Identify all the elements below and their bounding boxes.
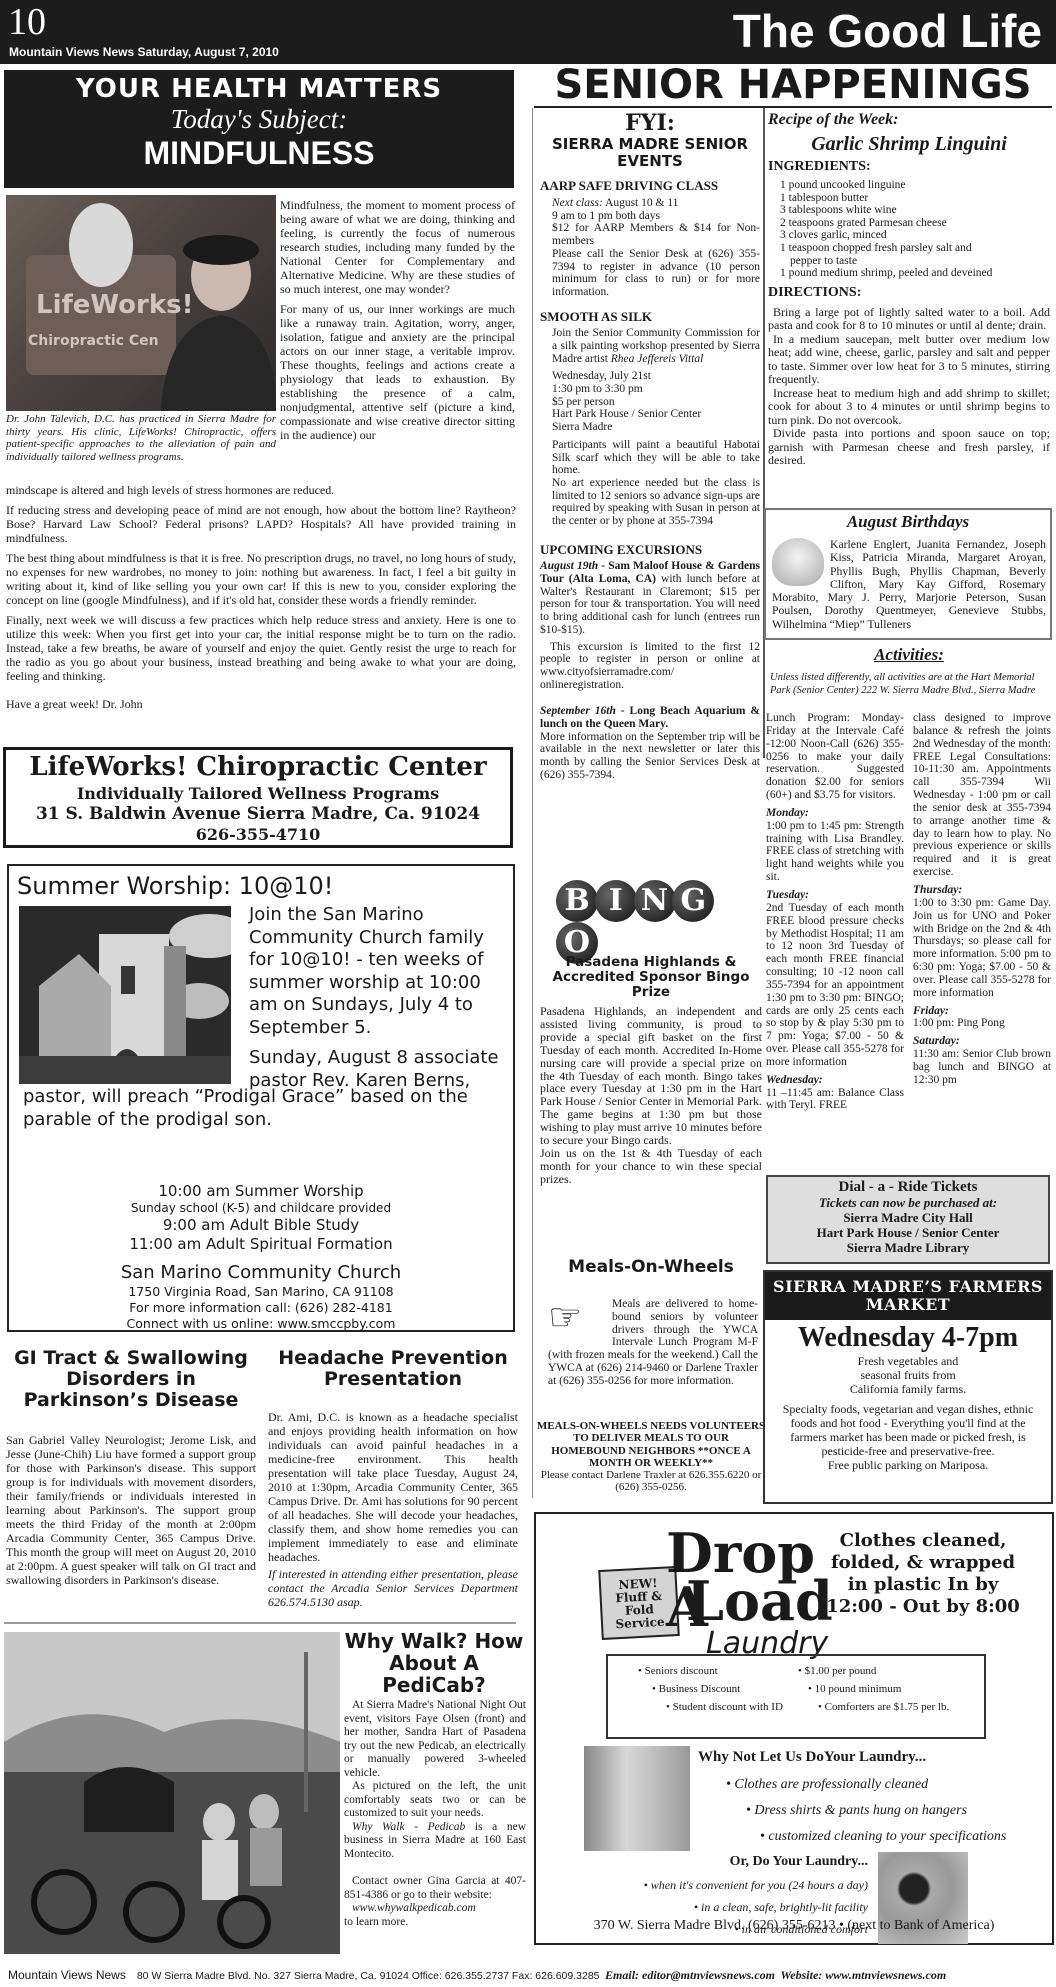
meals-on-wheels-body: ☞ Meals are delivered to home-bound seni…	[548, 1298, 758, 1388]
pedicab-website-link[interactable]: www.whywalkpedicab.com	[344, 1902, 526, 1916]
service-item: • customized cleaning to your specificat…	[726, 1824, 1046, 1850]
detail-line: $5 per person	[552, 396, 760, 409]
health-banner-subject-label: Today's Subject:	[4, 104, 514, 134]
pedicab-photo-image	[4, 1632, 340, 1954]
detail-paragraph: Participants will paint a beautiful Habo…	[552, 439, 760, 477]
health-banner-subject: MINDFULNESS	[4, 134, 514, 172]
day-label-friday: Friday:	[913, 1005, 1051, 1018]
direction-step: Increase heat to medium high and add shr…	[768, 387, 1050, 428]
gi-article-headline: GI Tract & Swallowing Disorders in Parki…	[6, 1348, 256, 1411]
activities-column-1: Lunch Program: Monday-Friday at the Inte…	[766, 712, 904, 1112]
day-label-thursday: Thursday:	[913, 884, 1051, 897]
ingredient: 1 teaspoon chopped fresh parsley salt an…	[780, 242, 980, 267]
service-item: • Dress shirts & pants hung on hangers	[726, 1798, 1046, 1824]
article-note: If interested in attending either presen…	[268, 1567, 518, 1609]
church-website-link[interactable]: Connect with us online: www.smccpby.com	[9, 1316, 513, 1332]
laundry-ad: NEW! Fluff & Fold Service Drop A Load La…	[534, 1512, 1054, 1945]
birthday-cake-icon	[772, 538, 824, 586]
bingo-ball: G	[672, 880, 714, 922]
excursion-body: More information on the September trip w…	[540, 731, 760, 781]
recipe: Recipe of the Week: Garlic Shrimp Lingui…	[768, 110, 1050, 468]
day-label-wednesday: Wednesday:	[766, 1074, 904, 1087]
farmers-market-parking: Free public parking on Mariposa.	[765, 1458, 1051, 1472]
price-item: • $1.00 per pound	[798, 1662, 949, 1680]
mindfulness-article-column: Mindfulness, the moment to moment proces…	[280, 198, 515, 442]
excursion-date: August 19th	[540, 560, 598, 572]
ingredient: 3 tablespoons white wine	[780, 204, 1050, 217]
birthdays-names: Karlene Englert, Juanita Fernandez, Jose…	[772, 538, 1046, 631]
lifeworks-ad-title: LifeWorks! Chiropractic Center	[6, 750, 510, 784]
detail-line: Sierra Madre	[552, 421, 760, 434]
detail-line: 9 am to 1 pm both days	[552, 210, 760, 223]
article-paragraph: mindscape is altered and high levels of …	[6, 483, 516, 497]
direction-step: Divide pasta into portions and spoon sau…	[768, 427, 1050, 468]
day-label-saturday: Saturday:	[913, 1035, 1051, 1048]
article-paragraph: As pictured on the left, the unit comfor…	[344, 1780, 526, 1821]
pedicab-headline: Why Walk? How About A PediCab?	[340, 1630, 528, 1696]
excursion-note: This excursion is limited to the first 1…	[540, 641, 760, 692]
farmers-market-produce: Fresh vegetables and seasonal fruits fro…	[848, 1354, 968, 1396]
farmers-market-box: SIERRA MADRE’S FARMERS MARKET Wednesday …	[763, 1270, 1053, 1504]
self-service-item: • in a clean, safe, brightly-lit facilit…	[536, 1896, 868, 1918]
fyi-column: FYI: SIERRA MADRE SENIOR EVENTS AARP SAF…	[540, 110, 760, 786]
directions-heading: DIRECTIONS:	[768, 285, 1050, 302]
bingo-ball: B	[556, 880, 598, 922]
church-ad-text: Join the San Marino Community Church fam…	[249, 904, 509, 1092]
article-paragraph: Dr. Ami, D.C. is known as a headache spe…	[268, 1410, 518, 1564]
laundry-woman-photo	[584, 1746, 690, 1851]
activity-wednesday-cont: class designed to improve balance & refr…	[913, 712, 1051, 879]
ingredient: 1 pound medium shrimp, peeled and devein…	[780, 267, 1050, 280]
recipe-title: Garlic Shrimp Linguini	[768, 132, 1050, 156]
ingredients-heading: INGREDIENTS:	[768, 159, 1050, 176]
meals-on-wheels-headline: Meals-On-Wheels	[540, 1257, 762, 1277]
article-paragraph: Finally, next week we will discuss a few…	[6, 613, 516, 683]
bingo-ball: N	[634, 880, 676, 922]
health-banner-kicker: YOUR HEALTH MATTERS	[4, 74, 514, 104]
silk-details: Join the Senior Community Commission for…	[540, 327, 760, 528]
dial-a-ride-box: Dial - a - Ride Tickets Tickets can now …	[766, 1175, 1050, 1264]
page-number: 10	[8, 2, 46, 42]
activities-column-2: class designed to improve balance & refr…	[913, 712, 1051, 1087]
bingo-body: Pasadena Highlands, an independent and a…	[540, 1005, 762, 1186]
bingo-ball: I	[595, 880, 637, 922]
excursions-heading: UPCOMING EXCURSIONS	[540, 542, 760, 558]
detail-paragraph: No art experience needed but the class i…	[552, 477, 760, 528]
health-banner: YOUR HEALTH MATTERS Today's Subject: MIN…	[4, 70, 514, 188]
fyi-subheading: SIERRA MADRE SENIOR EVENTS	[540, 136, 760, 170]
direction-step: In a medium saucepan, melt butter over m…	[768, 333, 1050, 387]
logo-line-2: Load	[686, 1574, 833, 1628]
article-paragraph: At Sierra Madre's National Night Out eve…	[344, 1699, 526, 1780]
ingredient: 1 pound uncooked linguine	[780, 179, 1050, 192]
article-paragraph: Mindfulness, the moment to moment proces…	[280, 198, 515, 296]
church-ad: Summer Worship: 10@10! Join the San Mari…	[7, 864, 515, 1332]
birthdays-title: August Birthdays	[766, 512, 1050, 532]
laundry-self-service-title: Or, Do Your Laundry...	[536, 1854, 868, 1871]
footer-website-link[interactable]: Website: www.mtnviewsnews.com	[781, 1968, 947, 1982]
pedicab-body: At Sierra Madre's National Night Out eve…	[344, 1699, 526, 1929]
activity-monday: 1:00 pm to 1:45 pm: Strength training wi…	[766, 820, 904, 884]
discount-item: • Seniors discount	[638, 1662, 783, 1680]
farmers-market-title: SIERRA MADRE’S FARMERS MARKET	[765, 1272, 1051, 1320]
detail-line: Please call the Senior Desk at (626) 355…	[552, 248, 760, 299]
bingo-paragraph: Pasadena Highlands, an independent and a…	[540, 1005, 762, 1147]
dial-a-ride-title: Dial - a - Ride Tickets	[768, 1180, 1048, 1195]
senior-happenings-title: SENIOR HAPPENINGS	[534, 64, 1052, 108]
doctor-photo: LifeWorks! Chiropractic Cen	[6, 195, 276, 411]
activity-lunch: Lunch Program: Monday-Friday at the Inte…	[766, 712, 904, 802]
headache-article-body: Dr. Ami, D.C. is known as a headache spe…	[268, 1410, 518, 1615]
activity-tuesday: 2nd Tuesday of each month FREE blood pre…	[766, 902, 904, 1069]
footer-publication: Mountain Views News	[8, 1968, 126, 1982]
svg-text:LifeWorks!: LifeWorks!	[36, 290, 194, 320]
directions: Bring a large pot of lightly salted wate…	[768, 306, 1050, 468]
column-divider	[532, 108, 533, 1498]
drop-a-load-logo: NEW! Fluff & Fold Service Drop A Load La…	[596, 1528, 811, 1658]
column-divider	[763, 108, 765, 758]
price-item: • 10 pound minimum	[798, 1680, 949, 1698]
price-item: • Comforters are $1.75 per lb.	[798, 1698, 949, 1716]
discount-item: • Business Discount	[638, 1680, 783, 1698]
page-footer: Mountain Views News 80 W Sierra Madre Bl…	[8, 1968, 1054, 1983]
detail-line: Wednesday, July 21st	[552, 370, 760, 383]
detail-line: 1:30 pm to 3:30 pm	[552, 383, 760, 396]
excursion-date: September 16th	[540, 705, 616, 717]
schedule-item: 10:00 am Summer Worship	[9, 1182, 513, 1201]
laundry-discounts-box: • Seniors discount • Business Discount •…	[606, 1654, 986, 1739]
schedule-item: 11:00 am Adult Spiritual Formation	[9, 1235, 513, 1254]
self-service-item: • when it's convenient for you (24 hours…	[536, 1874, 868, 1896]
discount-item: • Student discount with ID	[638, 1698, 783, 1716]
discounts-left: • Seniors discount • Business Discount •…	[638, 1662, 783, 1716]
church-photo-image	[19, 906, 231, 1084]
laundry-why-list: • Clothes are professionally cleaned • D…	[726, 1772, 1046, 1850]
article-paragraph: The best thing about mindfulness is that…	[6, 551, 516, 607]
volunteer-call-text: MEALS-ON-WHEELS NEEDS VOLUNTEERS TO DELI…	[536, 1420, 766, 1469]
church-ad-title: Summer Worship: 10@10!	[17, 872, 333, 901]
gi-article-body: San Gabriel Valley Neurologist; Jerome L…	[6, 1433, 256, 1587]
schedule-item: 9:00 am Adult Bible Study	[9, 1216, 513, 1235]
activities-title: Activities:	[766, 645, 1052, 665]
church-ad-text-cont: pastor, will preach “Prodigal Grace” bas…	[23, 1086, 503, 1131]
artist-name: Rhea Jeffereis Vittal	[611, 353, 704, 365]
laundry-tagline: Clothes cleaned, folded, & wrapped in pl…	[818, 1530, 1028, 1618]
lifeworks-ad-phone: 626-355-4710	[6, 825, 510, 844]
detail-line: Hart Park House / Senior Center	[552, 408, 760, 421]
headache-article-headline: Headache Prevention Presentation	[268, 1348, 518, 1390]
church-photo	[19, 906, 231, 1084]
day-label-tuesday: Tuesday:	[766, 889, 904, 902]
day-label-monday: Monday:	[766, 807, 904, 820]
label: Next class:	[552, 197, 603, 209]
church-phone: For more information call: (626) 282-418…	[9, 1300, 513, 1316]
bingo-headline: Pasadena Highlands & Accredited Sponsor …	[540, 955, 762, 1000]
lifeworks-ad-tagline: Individually Tailored Wellness Programs	[6, 784, 510, 804]
lifeworks-ad-address: 31 S. Baldwin Avenue Sierra Madre, Ca. 9…	[6, 804, 510, 825]
doctor-photo-image: LifeWorks! Chiropractic Cen	[6, 195, 276, 411]
ingredients-list: 1 pound uncooked linguine 1 tablespoon b…	[768, 179, 1050, 280]
ingredient: 3 cloves garlic, minced	[780, 229, 1050, 242]
activity-saturday: 11:30 am: Senior Club brown bag lunch an…	[913, 1048, 1051, 1087]
activity-friday: 1:00 pm: Ping Pong	[913, 1017, 1051, 1030]
church-address: 1750 Virginia Road, San Marino, CA 91108	[9, 1284, 513, 1300]
discounts-right: • $1.00 per pound • 10 pound minimum • C…	[798, 1662, 949, 1716]
detail-line: $12 for AARP Members & $14 for Non-membe…	[552, 222, 760, 247]
doctor-photo-caption: Dr. John Talevich, D.C. has practiced in…	[6, 413, 276, 463]
article-paragraph: For many of us, our inner workings are m…	[280, 302, 515, 442]
aarp-heading: AARP SAFE DRIVING CLASS	[540, 178, 760, 194]
church-ad-paragraph: Join the San Marino Community Church fam…	[249, 904, 509, 1039]
divider	[4, 1622, 516, 1624]
ticket-location: Sierra Madre City Hall	[768, 1210, 1048, 1225]
pointing-hand-icon: ☞	[548, 1298, 612, 1348]
activity-thursday: 1:00 to 3:30 pm: Game Day. Join us for U…	[913, 897, 1051, 1000]
bingo-logo: B I N G O	[556, 880, 736, 940]
schedule-item: Sunday school (K-5) and childcare provid…	[9, 1201, 513, 1216]
masthead: 10 Mountain Views News Saturday, August …	[0, 0, 1056, 64]
article-text: to learn more.	[344, 1916, 526, 1930]
fyi-heading: FYI:	[540, 110, 760, 136]
ticket-location: Sierra Madre Library	[768, 1240, 1048, 1255]
church-name: San Marino Community Church	[9, 1262, 513, 1284]
bingo-paragraph: Join us on the 1st & 4th Tuesday of each…	[540, 1147, 762, 1186]
lifeworks-ad: LifeWorks! Chiropractic Center Individua…	[3, 747, 513, 848]
svg-text:Chiropractic Cen: Chiropractic Cen	[28, 333, 159, 349]
church-schedule: 10:00 am Summer Worship Sunday school (K…	[9, 1182, 513, 1332]
recipe-kicker: Recipe of the Week:	[768, 110, 1050, 129]
value: August 10 & 11	[603, 197, 679, 209]
ingredient: 2 teaspoons grated Parmesan cheese	[780, 217, 1050, 230]
ticket-location: Hart Park House / Senior Center	[768, 1225, 1048, 1240]
silk-heading: SMOOTH AS SILK	[540, 309, 760, 325]
volunteer-contact: Please contact Darlene Traxler at 626.35…	[536, 1469, 766, 1494]
meals-on-wheels-volunteer-call: MEALS-ON-WHEELS NEEDS VOLUNTEERS TO DELI…	[536, 1420, 766, 1494]
laundry-address: 370 W. Sierra Madre Blvd. (626) 355-6213…	[536, 1918, 1052, 1935]
article-paragraph: Contact owner Gina Garcia at 407-851-438…	[344, 1875, 526, 1902]
aarp-details: Next class: August 10 & 11 9 am to 1 pm …	[540, 197, 760, 299]
excursion-item: August 19th - Sam Maloof House & Gardens…	[540, 560, 760, 636]
activity-wednesday: 11 –11:45 am: Balance Class with Teryl. …	[766, 1087, 904, 1113]
farmers-market-description: Specialty foods, vegetarian and vegan di…	[765, 1402, 1051, 1458]
laundry-why-title: Why Not Let Us DoYour Laundry...	[698, 1748, 1038, 1766]
article-signoff: Have a great week! Dr. John	[6, 697, 516, 711]
mindfulness-article-continued: mindscape is altered and high levels of …	[6, 483, 516, 717]
section-title: The Good Life	[733, 3, 1042, 59]
birthdays-box: August Birthdays Karlene Englert, Juanit…	[764, 508, 1052, 640]
excursion-item: September 16th - Long Beach Aquarium & l…	[540, 705, 760, 781]
business-name: Why Walk - Pedicab	[352, 1821, 465, 1833]
dial-a-ride-subtitle: Tickets can now be purchased at:	[768, 1195, 1048, 1210]
footer-email-link[interactable]: Email: editor@mtnviewsnews.com	[605, 1968, 775, 1982]
footer-address: 80 W Sierra Madre Blvd. No. 327 Sierra M…	[137, 1970, 600, 1982]
farmers-market-day: Wednesday 4-7pm	[765, 1322, 1051, 1354]
ingredient: 1 tablespoon butter	[780, 192, 1050, 205]
activities-note: Unless listed differently, all activitie…	[770, 672, 1050, 697]
service-item: • Clothes are professionally cleaned	[726, 1772, 1046, 1798]
publication-dateline: Mountain Views News Saturday, August 7, …	[9, 45, 279, 59]
article-paragraph: If reducing stress and developing peace …	[6, 503, 516, 545]
direction-step: Bring a large pot of lightly salted wate…	[768, 306, 1050, 333]
pedicab-photo	[4, 1632, 340, 1954]
